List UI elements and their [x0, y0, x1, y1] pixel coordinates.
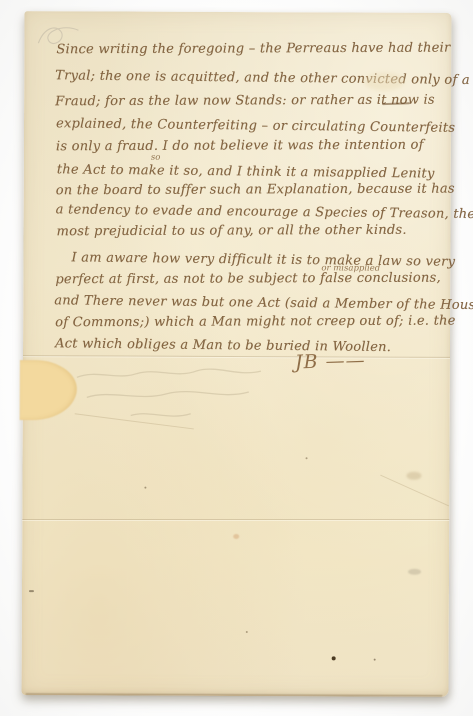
photo-background: Since writing the foregoing – the Perrea… [0, 0, 473, 716]
pencil-inscription-icon [69, 363, 269, 434]
rust-spot [233, 534, 239, 539]
letter-line: Fraud; for as the law now Stands: or rat… [55, 93, 435, 110]
letter-line: of Commons;) which a Man might not creep… [55, 313, 456, 330]
letter-line: the Act to make it so, and I think it a … [57, 162, 435, 182]
ink-speck [332, 656, 336, 660]
interlinear-insertion: or misapplied [321, 264, 380, 273]
interlinear-insertion: so [151, 154, 161, 163]
letter-line: most prejudicial to us of any, or all th… [56, 223, 406, 240]
ink-speck [29, 590, 34, 592]
paper-stain [408, 569, 421, 575]
letter-line: and There never was but one Act (said a … [54, 293, 473, 313]
letter-line: Since writing the foregoing – the Perrea… [56, 40, 450, 57]
paper-discoloration [364, 73, 404, 91]
ink-speck [374, 659, 376, 661]
paper-stain [406, 472, 421, 480]
letter-line: I am aware how very difficult it is to m… [71, 250, 455, 270]
paper-bottom-edge [26, 693, 443, 697]
letter-line: is only a fraud. I do not believe it was… [56, 138, 424, 155]
letter-line: on the board to suffer such an Explanati… [56, 181, 455, 198]
signature-monogram: JB —— [295, 351, 366, 372]
letter-sheet: Since writing the foregoing – the Perrea… [22, 11, 452, 697]
letter-line: perfect at first, as not to be subject t… [55, 271, 441, 288]
ink-speck [246, 631, 248, 633]
letter-line: a tendency to evade and encourage a Spec… [56, 202, 473, 222]
letter-line: Tryal; the one is acquitted, and the oth… [55, 68, 470, 88]
ink-speck [306, 457, 308, 459]
letter-line: explained, the Counterfeiting – or circu… [56, 116, 455, 136]
ink-speck [144, 487, 146, 489]
manuscript-text: Since writing the foregoing – the Perrea… [22, 11, 452, 697]
